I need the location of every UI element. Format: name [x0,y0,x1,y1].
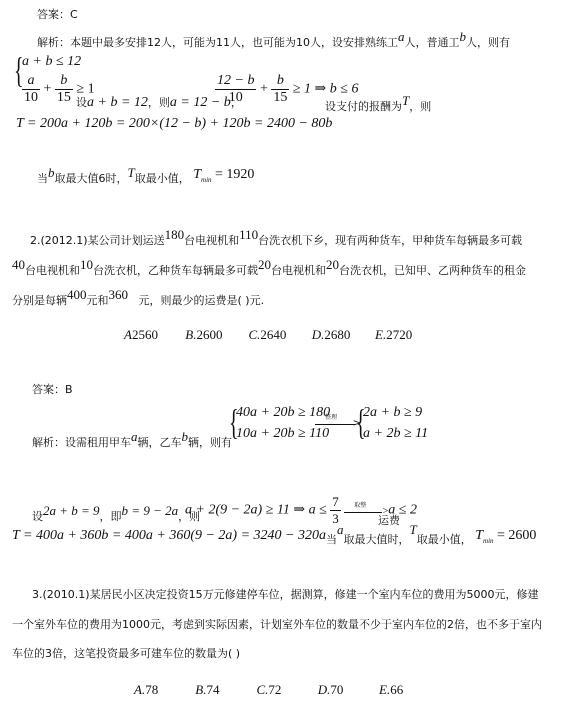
pay-text-q1: 设支付的报酬为T，则 [325,98,431,114]
option-e: E.2720 [375,327,435,343]
option-c: C.72 [257,682,315,698]
question-3-line-1: 3.(2010.1)某居民小区决定投资15万元修建停车位，据测算，修建一个室内车… [32,586,539,602]
set-equation-q2: 设2a + b = 9，即b = 9 − 2a，则 [32,508,200,524]
option-c: C.2640 [249,327,309,343]
option-d: D.2680 [312,327,372,343]
question-2-line-3: 分别是每辆400元和360 元，则最少的运费是( )元. [12,292,264,308]
option-e: E.66 [379,682,437,698]
question-2-line-2: 40台电视机和10台洗衣机，乙种货车每辆最多可载20台电视机和20台洗衣机，已知… [12,262,526,278]
analysis-text-q1: 解析：本题中最多安排12人，可能为11人，也可能为10人，设安排熟练工a人，普通… [37,34,510,50]
question-3-options: A.78 B.74 C.72 D.70 E.66 [134,682,437,698]
analysis-text-q2: 解析：设需租用甲车a辆，乙车b辆，则有 [32,434,232,450]
question-3-line-3: 车位的3倍，这笔投资最多可建车位的数量为( ) [12,645,240,661]
answer-label-q2: 答案：B [32,381,73,397]
question-2-options: A2560 B.2600 C.2640 D.2680 E.2720 [124,327,435,343]
T-equation-q1: T = 200a + 120b = 200×(12 − b) + 120b = … [16,116,332,132]
fee-label: 运费 [378,512,400,528]
question-3-line-2: 一个室外车位的费用为1000元，考虑到实际因素，计划室外车位的数量不少于室内车位… [12,616,542,632]
T-equation-q2: T = 400a + 360b = 400a + 360(9 − 2a) = 3… [12,527,536,545]
option-b: B.2600 [185,327,245,343]
system-q2b-line-1: 2a + b ≥ 9 [363,405,422,421]
system-q2b-line-2: a + 2b ≥ 11 [363,426,428,442]
option-d: D.70 [318,682,376,698]
answer-label-q1: 答案：C [37,6,78,22]
option-a: A2560 [124,327,182,343]
system-line-1: a + b ≤ 12 [22,54,81,70]
question-2-line-1: 2.(2012.1)某公司计划运送180台电视机和110台洗衣机下乡，现有两种货… [30,232,522,248]
simplify-arrow: >整理 [315,416,361,429]
option-a: A.78 [134,682,192,698]
option-b: B.74 [195,682,253,698]
minimum-text-q1: 当b取最大值6时，T取最小值， Tmin = 1920 [37,170,254,188]
